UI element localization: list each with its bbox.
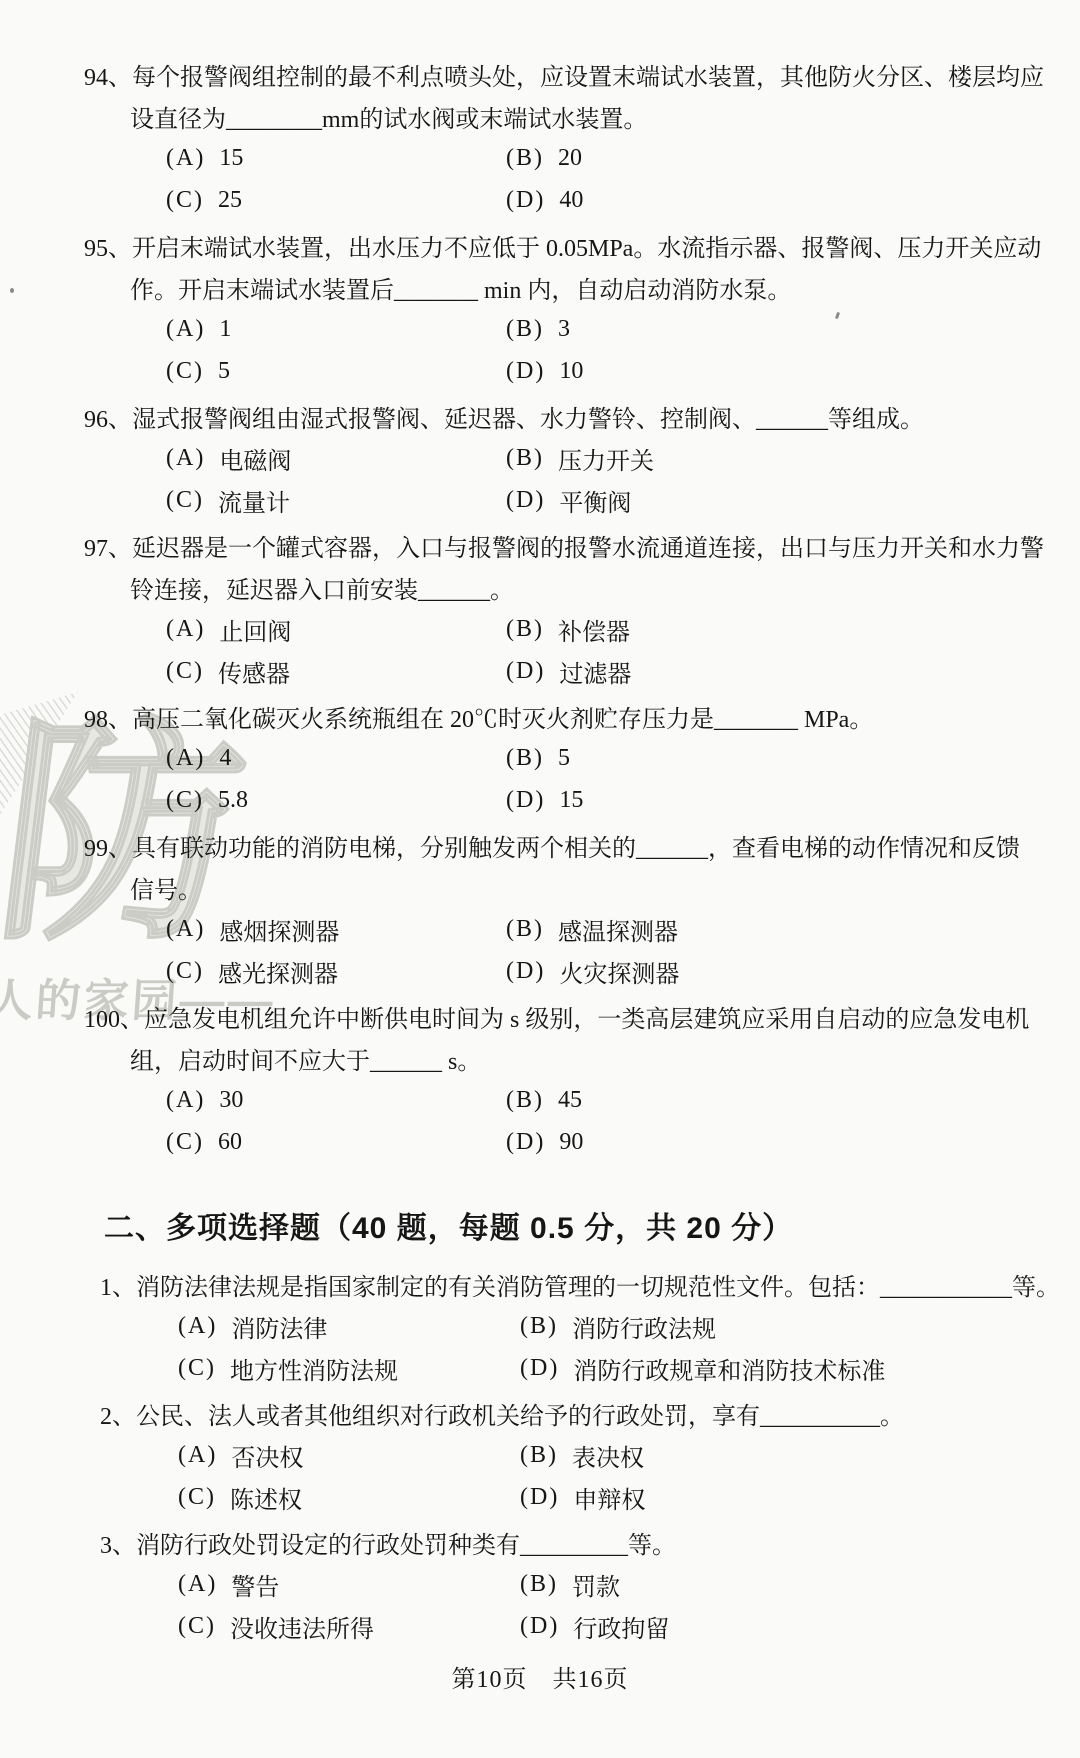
option-label: (B) — [506, 1087, 544, 1114]
option-text: 40 — [559, 187, 583, 214]
question-sc-94: 94、每个报警阀组控制的最不利点喷头处，应设置末端试水装置，其他防火分区、楼层均… — [0, 53, 1080, 221]
option-A: (A)1 — [166, 308, 506, 350]
question-list: 94、每个报警阀组控制的最不利点喷头处，应设置末端试水装置，其他防火分区、楼层均… — [0, 0, 1080, 1647]
question-sc-95: 95、开启末端试水装置，出水压力不应低于 0.05MPa。水流指示器、报警阀、压… — [0, 224, 1080, 392]
option-label: (B) — [506, 145, 544, 172]
option-D: (D)火灾探测器 — [506, 950, 1080, 992]
question-sc-98: 98、高压二氧化碳灭火系统瓶组在 20℃时灭火剂贮存压力是_______ MPa… — [0, 695, 1080, 821]
option-text: 20 — [558, 145, 582, 172]
option-D: (D)15 — [506, 779, 1080, 821]
option-C: (C)地方性消防法规 — [178, 1347, 520, 1389]
option-text: 压力开关 — [558, 441, 654, 476]
option-label: (A) — [178, 1313, 217, 1340]
question-text-line: 2、公民、法人或者其他组织对行政机关给予的行政处罚，享有__________。 — [0, 1392, 1080, 1434]
option-label: (D) — [506, 1129, 545, 1156]
option-B: (B)45 — [506, 1079, 1080, 1121]
question-text-line: 1、消防法律法规是指国家制定的有关消防管理的一切规范性文件。包括：_______… — [0, 1263, 1080, 1305]
option-label: (C) — [166, 487, 204, 514]
option-text: 消防行政法规 — [572, 1309, 716, 1344]
option-text: 25 — [218, 187, 242, 214]
option-label: (C) — [166, 358, 204, 385]
option-text: 感温探测器 — [558, 912, 678, 947]
option-label: (D) — [520, 1484, 559, 1511]
option-C: (C)没收违法所得 — [178, 1605, 520, 1647]
question-text: 高压二氧化碳灭火系统瓶组在 20℃时灭火剂贮存压力是_______ MPa。 — [132, 699, 873, 734]
option-A: (A)否决权 — [178, 1434, 520, 1476]
question-text: 消防法律法规是指国家制定的有关消防管理的一切规范性文件。包括：_________… — [136, 1267, 1060, 1302]
option-label: (D) — [506, 487, 545, 514]
option-C: (C)传感器 — [166, 650, 506, 692]
question-number: 95、 — [84, 228, 132, 263]
option-label: (D) — [520, 1355, 559, 1382]
question-text: 组，启动时间不应大于______ s。 — [130, 1041, 481, 1076]
question-number: 100、 — [84, 999, 144, 1034]
option-label: (A) — [166, 145, 205, 172]
option-A: (A)止回阀 — [166, 608, 506, 650]
option-B: (B)压力开关 — [506, 437, 1080, 479]
question-text: 消防行政处罚设定的行政处罚种类有_________等。 — [136, 1525, 676, 1560]
question-text-line: 96、湿式报警阀组由湿式报警阀、延迟器、水力警铃、控制阀、______等组成。 — [0, 395, 1080, 437]
question-text: 信号。 — [130, 870, 202, 905]
option-label: (C) — [178, 1355, 216, 1382]
question-sc-100: 100、应急发电机组允许中断供电时间为 s 级别，一类高层建筑应采用自启动的应急… — [0, 995, 1080, 1163]
question-number: 98、 — [84, 699, 132, 734]
option-B: (B)5 — [506, 737, 1080, 779]
page-footer: 第10页 共16页 — [0, 1659, 1080, 1694]
question-text-line: 3、消防行政处罚设定的行政处罚种类有_________等。 — [0, 1521, 1080, 1563]
option-text: 45 — [558, 1087, 582, 1114]
question-text-line: 97、延迟器是一个罐式容器，入口与报警阀的报警水流通道连接，出口与压力开关和水力… — [0, 524, 1080, 566]
option-B: (B)消防行政法规 — [520, 1305, 1080, 1347]
option-text: 10 — [559, 358, 583, 385]
option-C: (C)陈述权 — [178, 1476, 520, 1518]
option-label: (D) — [506, 787, 545, 814]
option-text: 流量计 — [218, 483, 290, 518]
option-label: (A) — [178, 1571, 217, 1598]
question-number: 96、 — [84, 399, 132, 434]
option-text: 陈述权 — [230, 1480, 302, 1515]
options-grid: (A)感烟探测器(B)感温探测器(C)感光探测器(D)火灾探测器 — [0, 908, 1080, 992]
option-text: 表决权 — [572, 1438, 644, 1473]
option-label: (D) — [506, 358, 545, 385]
options-grid: (A)消防法律(B)消防行政法规(C)地方性消防法规(D)消防行政规章和消防技术… — [0, 1305, 1080, 1389]
option-text: 15 — [559, 787, 583, 814]
option-label: (C) — [166, 958, 204, 985]
question-text-line: 组，启动时间不应大于______ s。 — [0, 1037, 1080, 1079]
option-text: 4 — [219, 745, 231, 772]
option-D: (D)40 — [506, 179, 1080, 221]
option-text: 5 — [218, 358, 230, 385]
option-text: 止回阀 — [219, 612, 291, 647]
question-mc-1: 1、消防法律法规是指国家制定的有关消防管理的一切规范性文件。包括：_______… — [0, 1263, 1080, 1389]
question-number: 1、 — [100, 1267, 136, 1302]
question-text: 设直径为________mm的试水阀或末端试水装置。 — [130, 99, 647, 134]
option-D: (D)行政拘留 — [520, 1605, 1080, 1647]
question-text: 铃连接，延迟器入口前安装______。 — [130, 570, 514, 605]
option-C: (C)25 — [166, 179, 506, 221]
question-text: 每个报警阀组控制的最不利点喷头处，应设置末端试水装置，其他防火分区、楼层均应 — [132, 57, 1044, 92]
question-text-line: 100、应急发电机组允许中断供电时间为 s 级别，一类高层建筑应采用自启动的应急… — [0, 995, 1080, 1037]
question-text: 公民、法人或者其他组织对行政机关给予的行政处罚，享有__________。 — [136, 1396, 904, 1431]
option-text: 60 — [218, 1129, 242, 1156]
option-text: 感烟探测器 — [219, 912, 339, 947]
question-text-line: 95、开启末端试水装置，出水压力不应低于 0.05MPa。水流指示器、报警阀、压… — [0, 224, 1080, 266]
option-text: 平衡阀 — [559, 483, 631, 518]
option-text: 地方性消防法规 — [230, 1351, 398, 1386]
option-C: (C)60 — [166, 1121, 506, 1163]
question-mc-2: 2、公民、法人或者其他组织对行政机关给予的行政处罚，享有__________。(… — [0, 1392, 1080, 1518]
option-text: 否决权 — [231, 1438, 303, 1473]
option-label: (C) — [166, 187, 204, 214]
option-label: (A) — [166, 616, 205, 643]
question-text-line: 作。开启末端试水装置后_______ min 内，自动启动消防水泵。 — [0, 266, 1080, 308]
option-B: (B)3 — [506, 308, 1080, 350]
options-grid: (A)15(B)20(C)25(D)40 — [0, 137, 1080, 221]
options-grid: (A)1(B)3(C)5(D)10 — [0, 308, 1080, 392]
option-text: 3 — [558, 316, 570, 343]
option-label: (A) — [166, 745, 205, 772]
option-B: (B)20 — [506, 137, 1080, 179]
option-text: 5 — [558, 745, 570, 772]
option-label: (B) — [506, 916, 544, 943]
option-label: (C) — [166, 658, 204, 685]
question-text-line: 94、每个报警阀组控制的最不利点喷头处，应设置末端试水装置，其他防火分区、楼层均… — [0, 53, 1080, 95]
question-text-line: 设直径为________mm的试水阀或末端试水装置。 — [0, 95, 1080, 137]
option-D: (D)平衡阀 — [506, 479, 1080, 521]
question-text-line: 铃连接，延迟器入口前安装______。 — [0, 566, 1080, 608]
option-A: (A)警告 — [178, 1563, 520, 1605]
option-label: (A) — [166, 445, 205, 472]
question-sc-99: 99、具有联动功能的消防电梯，分别触发两个相关的______，查看电梯的动作情况… — [0, 824, 1080, 992]
question-text-line: 98、高压二氧化碳灭火系统瓶组在 20℃时灭火剂贮存压力是_______ MPa… — [0, 695, 1080, 737]
option-text: 电磁阀 — [219, 441, 291, 476]
question-number: 94、 — [84, 57, 132, 92]
options-grid: (A)电磁阀(B)压力开关(C)流量计(D)平衡阀 — [0, 437, 1080, 521]
option-A: (A)30 — [166, 1079, 506, 1121]
option-D: (D)消防行政规章和消防技术标准 — [520, 1347, 1080, 1389]
question-sc-96: 96、湿式报警阀组由湿式报警阀、延迟器、水力警铃、控制阀、______等组成。(… — [0, 395, 1080, 521]
option-text: 5.8 — [218, 787, 248, 814]
option-label: (B) — [506, 745, 544, 772]
question-text: 开启末端试水装置，出水压力不应低于 0.05MPa。水流指示器、报警阀、压力开关… — [132, 228, 1041, 263]
option-D: (D)过滤器 — [506, 650, 1080, 692]
option-text: 火灾探测器 — [559, 954, 679, 989]
option-label: (D) — [506, 187, 545, 214]
question-number: 3、 — [100, 1525, 136, 1560]
section-mc: 二、多项选择题（40 题，每题 0.5 分，共 20 分）1、消防法律法规是指国… — [0, 1201, 1080, 1647]
options-grid: (A)警告(B)罚款(C)没收违法所得(D)行政拘留 — [0, 1563, 1080, 1647]
option-A: (A)15 — [166, 137, 506, 179]
option-label: (C) — [178, 1484, 216, 1511]
option-text: 罚款 — [572, 1567, 620, 1602]
option-text: 感光探测器 — [218, 954, 338, 989]
option-A: (A)4 — [166, 737, 506, 779]
option-text: 警告 — [231, 1567, 279, 1602]
option-text: 1 — [219, 316, 231, 343]
question-number: 99、 — [84, 828, 132, 863]
option-C: (C)5.8 — [166, 779, 506, 821]
question-text-line: 99、具有联动功能的消防电梯，分别触发两个相关的______，查看电梯的动作情况… — [0, 824, 1080, 866]
question-text: 应急发电机组允许中断供电时间为 s 级别，一类高层建筑应采用自启动的应急发电机 — [144, 999, 1029, 1034]
option-D: (D)申辩权 — [520, 1476, 1080, 1518]
option-D: (D)10 — [506, 350, 1080, 392]
option-A: (A)电磁阀 — [166, 437, 506, 479]
option-text: 补偿器 — [558, 612, 630, 647]
question-number: 2、 — [100, 1396, 136, 1431]
option-label: (D) — [506, 958, 545, 985]
option-text: 行政拘留 — [573, 1609, 669, 1644]
option-text: 90 — [559, 1129, 583, 1156]
question-sc-97: 97、延迟器是一个罐式容器，入口与报警阀的报警水流通道连接，出口与压力开关和水力… — [0, 524, 1080, 692]
option-label: (D) — [520, 1613, 559, 1640]
option-C: (C)5 — [166, 350, 506, 392]
option-B: (B)补偿器 — [506, 608, 1080, 650]
option-text: 过滤器 — [559, 654, 631, 689]
options-grid: (A)4(B)5(C)5.8(D)15 — [0, 737, 1080, 821]
option-C: (C)流量计 — [166, 479, 506, 521]
option-label: (B) — [506, 316, 544, 343]
options-grid: (A)止回阀(B)补偿器(C)传感器(D)过滤器 — [0, 608, 1080, 692]
option-text: 30 — [219, 1087, 243, 1114]
option-text: 15 — [219, 145, 243, 172]
option-B: (B)感温探测器 — [506, 908, 1080, 950]
option-text: 消防行政规章和消防技术标准 — [573, 1351, 885, 1386]
question-mc-3: 3、消防行政处罚设定的行政处罚种类有_________等。(A)警告(B)罚款(… — [0, 1521, 1080, 1647]
option-A: (A)感烟探测器 — [166, 908, 506, 950]
option-label: (C) — [166, 1129, 204, 1156]
option-label: (A) — [166, 916, 205, 943]
section-title: 二、多项选择题（40 题，每题 0.5 分，共 20 分） — [0, 1201, 1080, 1257]
option-text: 传感器 — [218, 654, 290, 689]
option-label: (C) — [166, 787, 204, 814]
question-text: 延迟器是一个罐式容器，入口与报警阀的报警水流通道连接，出口与压力开关和水力警 — [132, 528, 1044, 563]
option-label: (A) — [166, 1087, 205, 1114]
option-B: (B)罚款 — [520, 1563, 1080, 1605]
option-text: 申辩权 — [573, 1480, 645, 1515]
option-C: (C)感光探测器 — [166, 950, 506, 992]
option-label: (C) — [178, 1613, 216, 1640]
option-label: (B) — [506, 445, 544, 472]
option-D: (D)90 — [506, 1121, 1080, 1163]
question-number: 97、 — [84, 528, 132, 563]
option-B: (B)表决权 — [520, 1434, 1080, 1476]
options-grid: (A)30(B)45(C)60(D)90 — [0, 1079, 1080, 1163]
option-text: 消防法律 — [231, 1309, 327, 1344]
exam-page: 消防 人的家园—— 94、每个报警阀组控制的最不利点喷头处，应设置末端试水装置，… — [0, 0, 1080, 1758]
question-text: 湿式报警阀组由湿式报警阀、延迟器、水力警铃、控制阀、______等组成。 — [132, 399, 924, 434]
option-text: 没收违法所得 — [230, 1609, 374, 1644]
question-text-line: 信号。 — [0, 866, 1080, 908]
section-sc: 94、每个报警阀组控制的最不利点喷头处，应设置末端试水装置，其他防火分区、楼层均… — [0, 53, 1080, 1163]
option-label: (D) — [506, 658, 545, 685]
option-label: (B) — [520, 1442, 558, 1469]
option-label: (B) — [520, 1571, 558, 1598]
question-text: 具有联动功能的消防电梯，分别触发两个相关的______，查看电梯的动作情况和反馈 — [132, 828, 1020, 863]
option-A: (A)消防法律 — [178, 1305, 520, 1347]
option-label: (B) — [520, 1313, 558, 1340]
question-text: 作。开启末端试水装置后_______ min 内，自动启动消防水泵。 — [130, 270, 791, 305]
options-grid: (A)否决权(B)表决权(C)陈述权(D)申辩权 — [0, 1434, 1080, 1518]
option-label: (B) — [506, 616, 544, 643]
option-label: (A) — [178, 1442, 217, 1469]
option-label: (A) — [166, 316, 205, 343]
